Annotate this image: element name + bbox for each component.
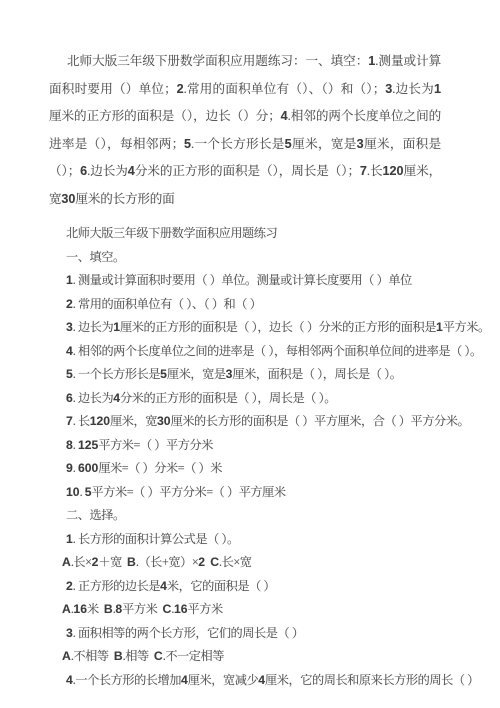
- choice-options-2: A.16米 B.8平方米 C.16平方米: [62, 598, 478, 622]
- intro-paragraph: 北师大版三年级下册数学面积应用题练习：一、填空：1.测量或计算面积时要用（）单位…: [49, 48, 441, 213]
- fill-item-3: 3. 边长为1厘米的正方形的面积是（ ），边长（ ）分米的正方形的面积是1平方米…: [66, 316, 478, 340]
- choice-options-3: A.不相等 B.相等 C.不一定相等: [62, 645, 478, 669]
- fill-item-8: 8. 125平方米=（ ）平方分米: [66, 434, 478, 458]
- worksheet-body: 北师大版三年级下册数学面积应用题练习 一、填空。 1. 测量或计算面积时要用（ …: [49, 222, 478, 692]
- fill-item-6: 6. 边长为4分米的正方形的面积是（ ），周长是（ ）。: [66, 387, 478, 411]
- fill-item-5: 5. 一个长方形长是5厘米，宽是3厘米，面积是（ ），周长是（ ）。: [66, 363, 478, 387]
- fill-item-7: 7. 长120厘米，宽30厘米的长方形的面积是（ ）平方厘米，合（ ）平方分米。: [66, 410, 478, 434]
- choice-question-2: 2. 正方形的边长是4米，它的面积是（ ）: [66, 575, 478, 599]
- page-content: 北师大版三年级下册数学面积应用题练习：一、填空：1.测量或计算面积时要用（）单位…: [49, 48, 478, 692]
- fill-item-10: 10. 5平方米=（ ）平方分米=（ ）平方厘米: [66, 481, 478, 505]
- choice-question-1: 1. 长方形的面积计算公式是（ ）。: [66, 528, 478, 552]
- section-heading-choice: 二、选择。: [66, 504, 478, 528]
- choice-question-4: 4.一个长方形的长增加4厘米，宽减少4厘米，它的周长和原来长方形的周长（ ）: [66, 669, 478, 693]
- fill-item-4: 4. 相邻的两个长度单位之间的进率是（ ），每相邻两个面积单位间的进率是（ ）。: [66, 340, 478, 364]
- choice-options-1: A.长×2＋宽 B.（长+宽）×2 C.长×宽: [62, 551, 478, 575]
- fill-item-2: 2. 常用的面积单位有（ ）、（ ）和（ ）: [66, 293, 478, 317]
- fill-item-9: 9. 600厘米=（ ）分米=（ ）米: [66, 457, 478, 481]
- worksheet-title: 北师大版三年级下册数学面积应用题练习: [66, 222, 478, 246]
- worksheet-page: 北师大版三年级下册数学面积应用题练习：一、填空：1.测量或计算面积时要用（）单位…: [0, 0, 500, 708]
- section-heading-fill: 一、填空。: [66, 246, 478, 270]
- fill-item-1: 1. 测量或计算面积时要用（ ）单位。测量或计算长度要用（ ）单位: [66, 269, 478, 293]
- choice-question-3: 3. 面积相等的两个长方形，它们的周长是（ ）: [66, 622, 478, 646]
